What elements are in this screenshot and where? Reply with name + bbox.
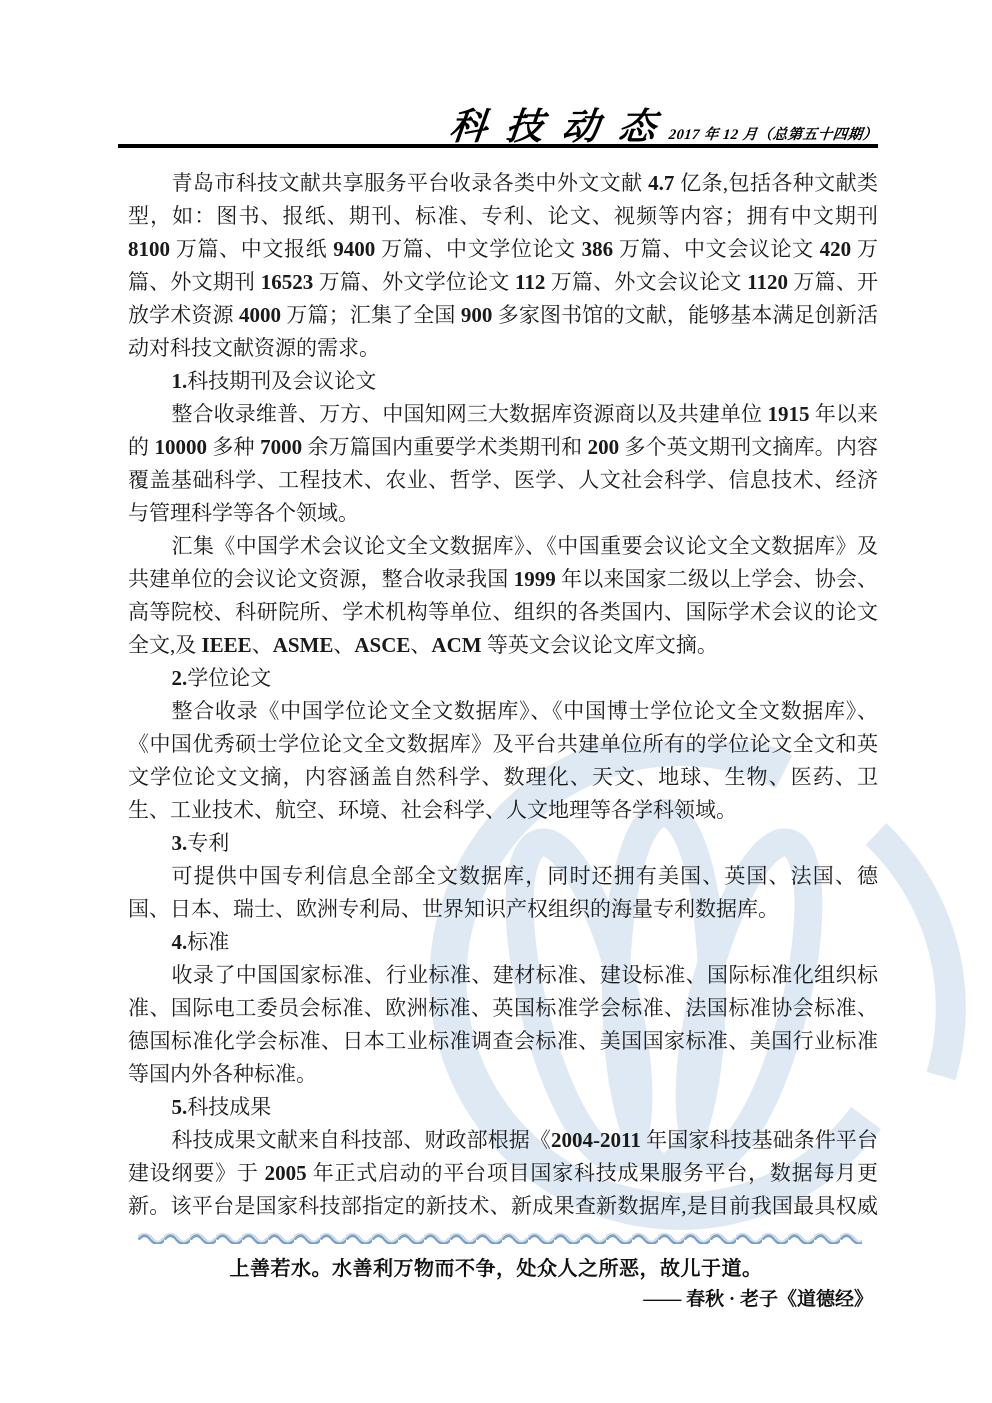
section-heading: 4.标准 <box>128 926 878 959</box>
newsletter-page: 科 技 动 态 2017 年 12 月（总第五十四期） 青岛市科技文献共享服务平… <box>0 0 992 1403</box>
paragraph: 汇集《中国学术会议论文全文数据库》、《中国重要会议论文全文数据库》及共建单位的会… <box>128 530 878 662</box>
section-heading: 2.学位论文 <box>128 662 878 695</box>
article-body: 青岛市科技文献共享服务平台收录各类中外文文献 4.7 亿条,包括各种文献类型，如… <box>128 167 878 1225</box>
wave-divider-icon <box>138 1230 862 1249</box>
paragraph: 收录了中国国家标准、行业标准、建材标准、建设标准、国际标准化组织标准、国际电工委… <box>128 959 878 1091</box>
section-heading: 1.科技期刊及会议论文 <box>128 365 878 398</box>
newsletter-title: 科 技 动 态 <box>448 96 664 150</box>
issue-info: 2017 年 12 月（总第五十四期） <box>668 123 879 144</box>
paragraph: 可提供中国专利信息全部全文数据库，同时还拥有美国、英国、法国、德国、日本、瑞士、… <box>128 860 878 926</box>
paragraph: 整合收录维普、万方、中国知网三大数据库资源商以及共建单位 1915 年以来的 1… <box>128 398 878 530</box>
footer-quote: 上善若水。水善利万物而不争，处众人之所恶，故儿于道。 <box>0 1252 992 1281</box>
paragraph: 青岛市科技文献共享服务平台收录各类中外文文献 4.7 亿条,包括各种文献类型，如… <box>128 167 878 365</box>
section-heading: 3.专利 <box>128 827 878 860</box>
paragraph: 整合收录《中国学位论文全文数据库》、《中国博士学位论文全文数据库》、《中国优秀硕… <box>128 695 878 827</box>
paragraph: 科技成果文献来自科技部、财政部根据《2004-2011 年国家科技基础条件平台建… <box>128 1124 878 1225</box>
masthead-rule <box>118 144 878 148</box>
masthead: 科 技 动 态 2017 年 12 月（总第五十四期） <box>450 96 878 150</box>
footer-attribution: —— 春秋 · 老子《道德经》 <box>643 1284 873 1311</box>
section-heading: 5.科技成果 <box>128 1091 878 1124</box>
